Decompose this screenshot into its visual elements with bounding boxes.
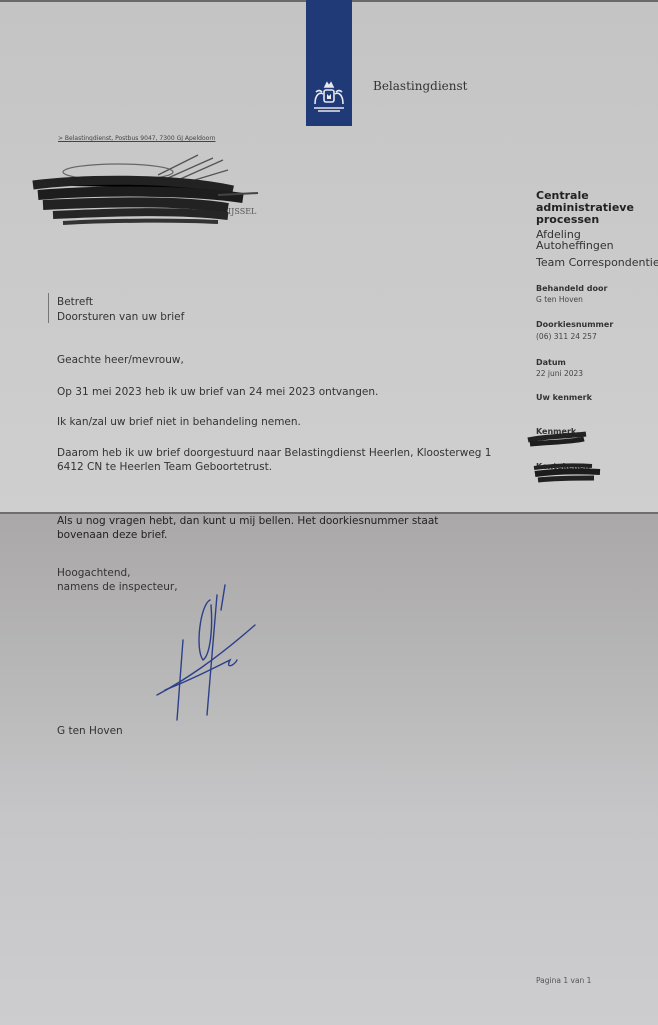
signature [155, 580, 265, 725]
license-plate-redaction [532, 462, 604, 486]
handled-by-value: G ten Hoven [536, 295, 583, 304]
recipient-address-fragment: IJSSEL [228, 207, 256, 216]
organization-name: Belastingdienst [373, 79, 467, 93]
closing: Hoogachtend, [57, 567, 131, 579]
phone-value: (06) 311 24 257 [536, 332, 597, 341]
date-value: 22 juni 2023 [536, 369, 583, 378]
paragraph-received: Op 31 mei 2023 heb ik uw brief van 24 me… [57, 386, 378, 398]
coat-of-arms-icon [310, 80, 348, 116]
subject-value: Doorsturen van uw brief [57, 311, 184, 323]
paragraph-forwarded-line-1: Daarom heb ik uw brief doorgestuurd naar… [57, 447, 491, 459]
division-line-2: Autoheffingen [536, 239, 614, 252]
paragraph-forwarded-line-2: 6412 CN te Heerlen Team Geboortetrust. [57, 461, 272, 473]
team-name: Team Correspondentie [536, 256, 658, 269]
signatory-name: G ten Hoven [57, 725, 123, 737]
salutation: Geachte heer/mevrouw, [57, 354, 184, 366]
your-reference-label: Uw kenmerk [536, 393, 592, 402]
subject-rule [48, 293, 49, 323]
phone-label: Doorkiesnummer [536, 320, 613, 329]
paragraph-questions-line-2: bovenaan deze brief. [57, 529, 167, 541]
department-line-3: processen [536, 214, 599, 226]
subject-label: Betreft [57, 296, 93, 308]
page-number: Pagina 1 van 1 [536, 976, 591, 985]
paragraph-questions-line-1: Als u nog vragen hebt, dan kunt u mij be… [57, 515, 438, 527]
return-address: > Belastingdienst, Postbus 9047, 7300 GJ… [58, 135, 215, 142]
recipient-address-redaction [28, 150, 268, 230]
handled-by-label: Behandeld door [536, 284, 607, 293]
reference-redaction [526, 430, 596, 450]
paragraph-not-processed: Ik kan/zal uw brief niet in behandeling … [57, 416, 301, 428]
date-label: Datum [536, 358, 566, 367]
